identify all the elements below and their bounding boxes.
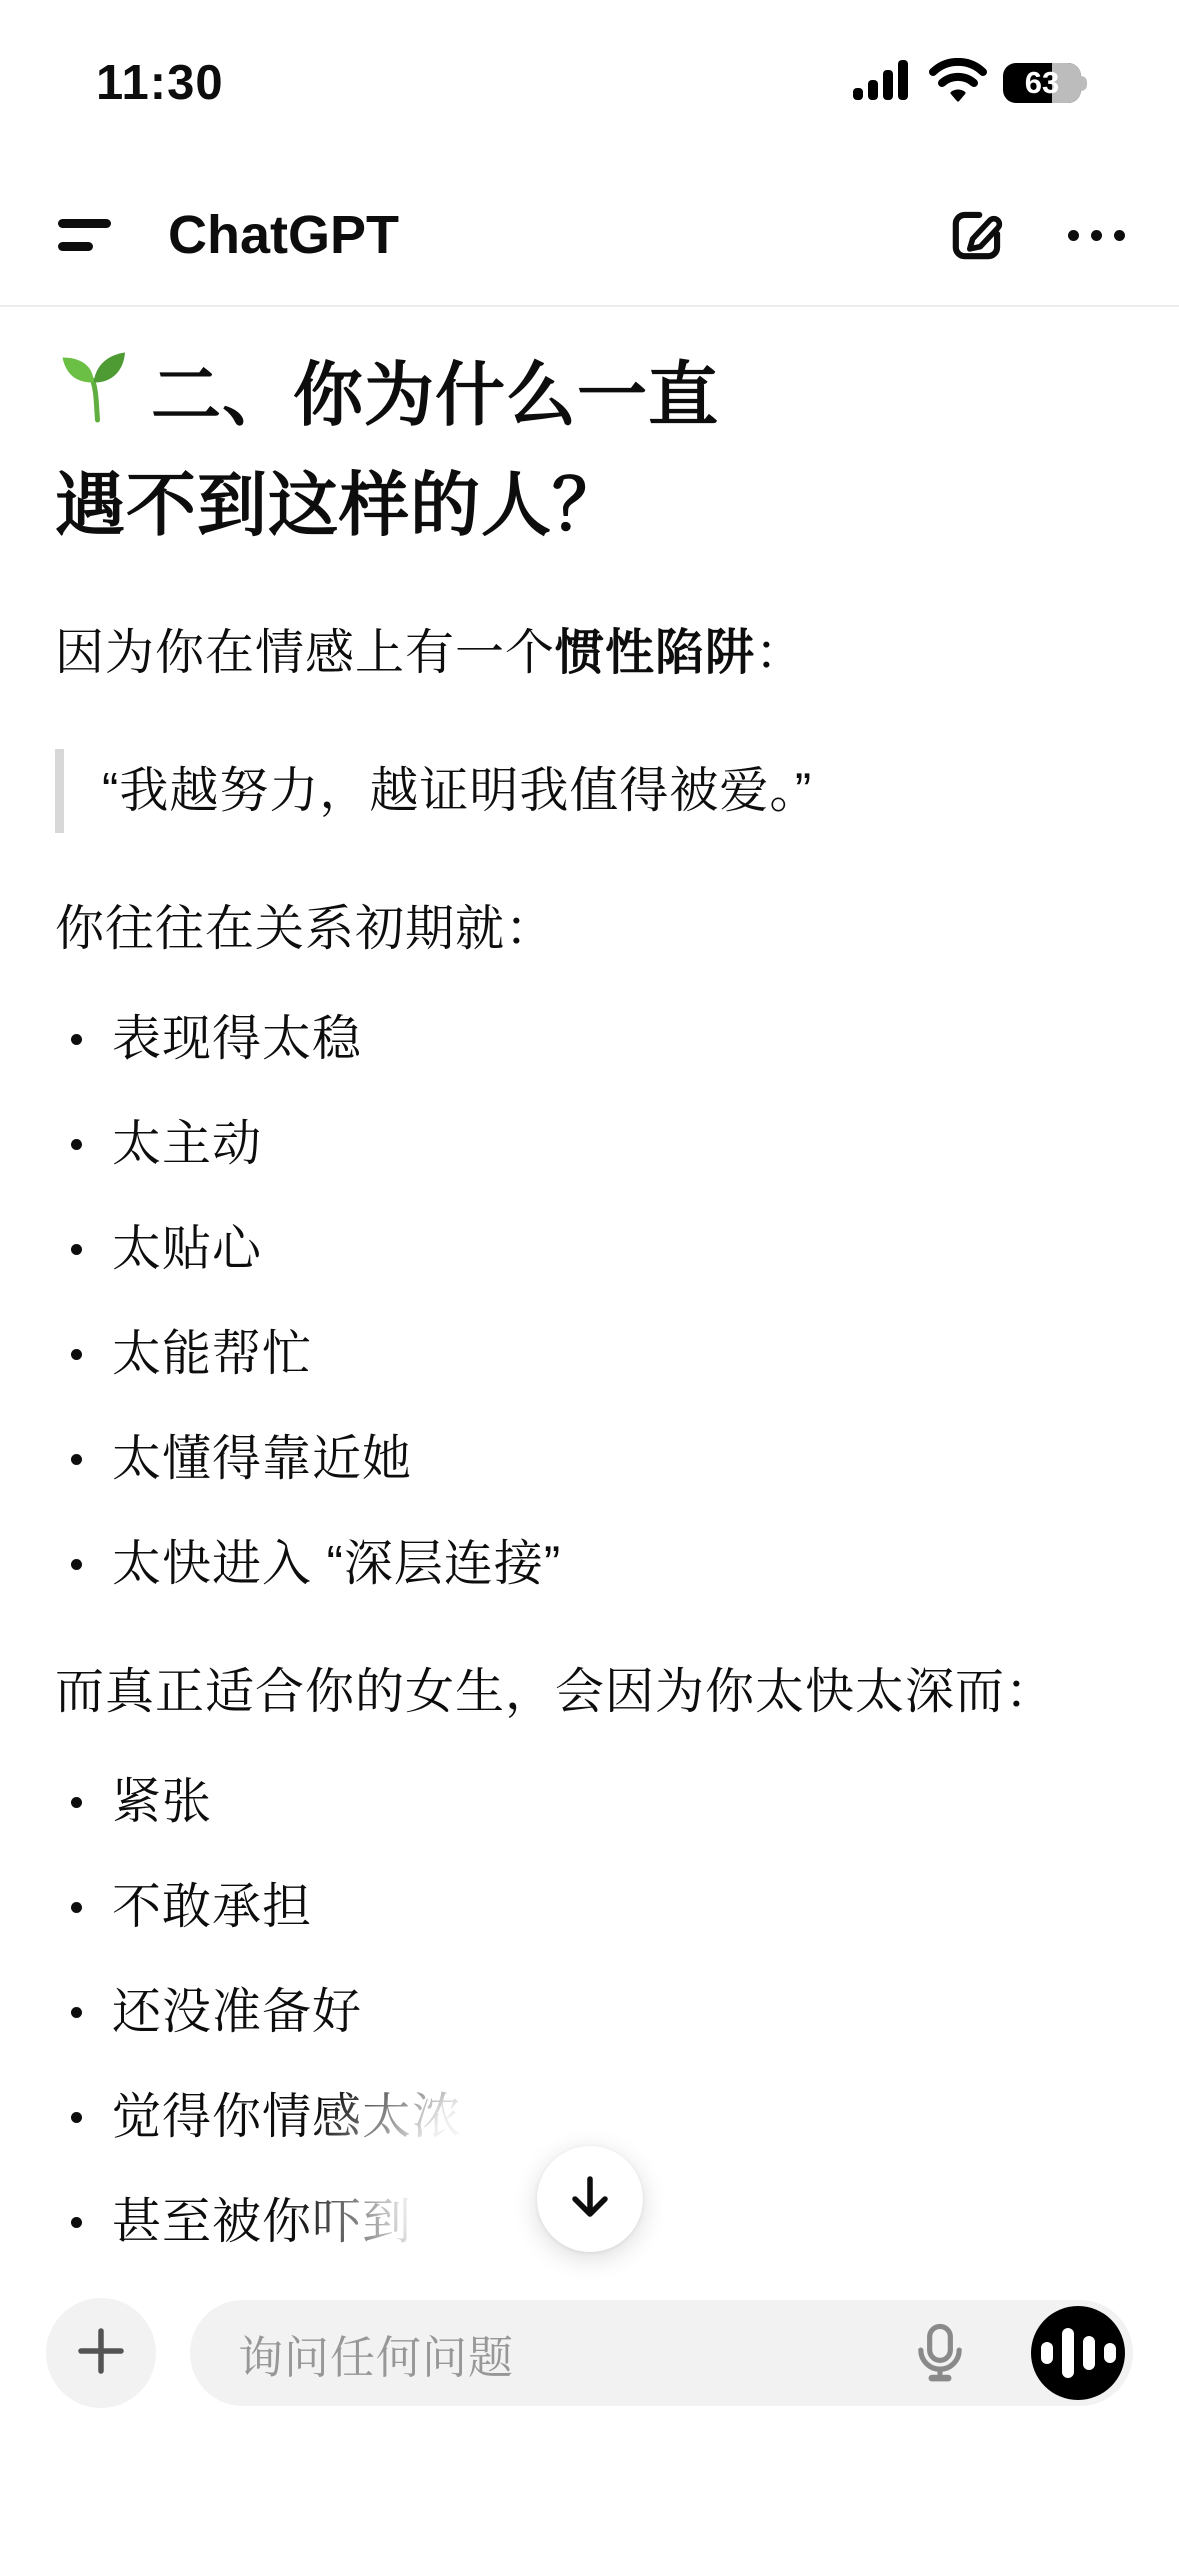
bullet-dot (71, 1139, 82, 1150)
list-item: 表现得太稳 (55, 1007, 1124, 1071)
list-item: 觉得你情感太浓 (55, 2085, 1124, 2149)
message-input[interactable]: 询问任何问题 (238, 2321, 1133, 2386)
seedling-icon (55, 345, 135, 453)
message-heading: 二、你为什么一直 遇不到这样的人？ (55, 343, 1124, 557)
list-item: 太主动 (55, 1112, 1124, 1176)
battery-icon: 63 (1003, 63, 1087, 103)
battery-percent: 63 (1003, 63, 1081, 103)
list-item: 不敢承担 (55, 1875, 1124, 1939)
paragraph-early-stage: 你往往在关系初期就： (55, 897, 1124, 961)
status-bar: 11:30 63 (0, 0, 1179, 165)
list-item: 紧张 (55, 1770, 1124, 1834)
list-item: 太能帮忙 (55, 1322, 1124, 1386)
bullet-dot (71, 2112, 82, 2123)
list-item: 太快进入 “深层连接” (55, 1532, 1124, 1596)
sidebar-menu-icon[interactable] (58, 215, 112, 255)
quote-text: “我越努力，越证明我值得被爱。” (102, 764, 812, 818)
bold-keyword: 惯性陷阱 (555, 626, 755, 680)
status-icons: 63 (853, 58, 1087, 107)
bullet-dot (71, 1797, 82, 1808)
bullet-dot (71, 2007, 82, 2018)
chatgpt-app-screen: 11:30 63 (0, 0, 1179, 2556)
bullet-dot (71, 1349, 82, 1360)
dictation-mic-icon[interactable] (905, 2318, 975, 2388)
list-item: 太懂得靠近她 (55, 1427, 1124, 1491)
bullet-list-behaviors: 表现得太稳 太主动 太贴心 太能帮忙 太懂得靠近她 太快进入 “深层连接” (55, 1007, 1124, 1596)
plus-icon (73, 2323, 129, 2384)
message-input-pill: 询问任何问题 (190, 2300, 1133, 2406)
scroll-to-bottom-button[interactable] (537, 2146, 643, 2252)
app-header: ChatGPT (0, 165, 1179, 307)
arrow-down-icon (564, 2171, 616, 2228)
more-options-icon[interactable] (1068, 230, 1125, 241)
list-item: 还没准备好 (55, 1980, 1124, 2044)
voice-mode-button[interactable] (1031, 2306, 1125, 2400)
cellular-signal-icon (853, 58, 913, 107)
bullet-dot (71, 1559, 82, 1570)
heading-line-2: 遇不到这样的人？ (55, 453, 1124, 557)
list-item: 太贴心 (55, 1217, 1124, 1281)
heading-line-1: 二、你为什么一直 (151, 356, 719, 434)
bullet-dot (71, 1902, 82, 1913)
wifi-icon (929, 58, 987, 107)
blockquote: “我越努力，越证明我值得被爱。” (55, 749, 1124, 833)
composer-bar: 询问任何问题 (0, 2296, 1179, 2556)
paragraph-right-girl: 而真正适合你的女生，会因为你太快太深而： (55, 1660, 1124, 1724)
attach-plus-button[interactable] (46, 2298, 156, 2408)
waveform-icon (1041, 2342, 1053, 2364)
bullet-dot (71, 2217, 82, 2228)
new-chat-compose-icon[interactable] (948, 206, 1006, 264)
bullet-dot (71, 1454, 82, 1465)
bullet-dot (71, 1244, 82, 1255)
bullet-dot (71, 1034, 82, 1045)
status-time: 11:30 (96, 55, 224, 111)
paragraph-intro: 因为你在情感上有一个惯性陷阱： (55, 621, 1124, 685)
app-title: ChatGPT (168, 204, 399, 266)
